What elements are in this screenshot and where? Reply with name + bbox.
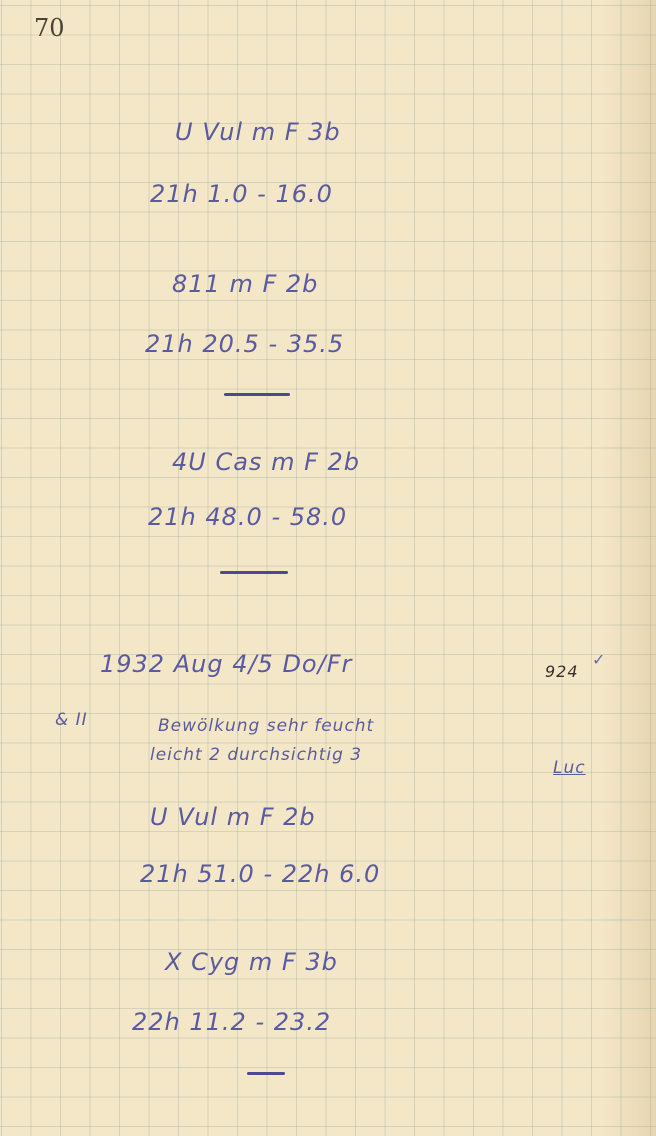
entry-label: U Vul m F 3b: [175, 118, 341, 146]
entry-label: U Vul m F 2b: [150, 803, 316, 831]
margin-mark: & II: [55, 710, 88, 730]
entry-time: 21h 51.0 - 22h 6.0: [140, 860, 380, 888]
page-number: 70: [34, 14, 65, 42]
entry-time: 22h 11.2 - 23.2: [132, 1008, 331, 1036]
entry-label: 811 m F 2b: [172, 270, 318, 298]
entry-time: 21h 48.0 - 58.0: [148, 503, 347, 531]
right-margin-mark: Luc: [553, 758, 586, 778]
plate-number: 924: [545, 662, 579, 681]
check-mark-icon: ✓: [592, 650, 605, 670]
entry-label: 4U Cas m F 2b: [172, 448, 360, 476]
date-heading: 1932 Aug 4/5 Do/Fr: [100, 650, 352, 678]
separator-rule: [220, 571, 288, 574]
separator-rule: [224, 393, 290, 396]
entry-time: 21h 1.0 - 16.0: [150, 180, 333, 208]
entry-time: 21h 20.5 - 35.5: [145, 330, 344, 358]
entry-label: X Cyg m F 3b: [165, 948, 338, 976]
notes-line-2: leicht 2 durchsichtig 3: [150, 745, 362, 765]
notes-line-1: Bewölkung sehr feucht: [158, 716, 374, 736]
separator-rule: [247, 1072, 285, 1075]
notebook-page: 70 U Vul m F 3b 21h 1.0 - 16.0 811 m F 2…: [0, 0, 656, 1136]
